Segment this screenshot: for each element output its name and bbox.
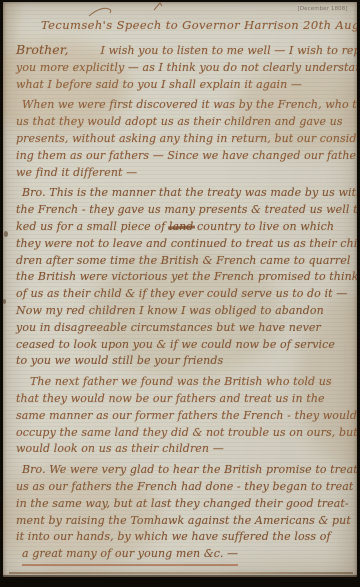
pen-tick-mark bbox=[152, 2, 164, 12]
manuscript-line: would look on us as their children — bbox=[16, 441, 352, 458]
manuscript-line: Brother,I wish you to listen to me well … bbox=[16, 42, 352, 60]
paragraph-opening: Brother,I wish you to listen to me well … bbox=[16, 42, 352, 93]
document-title: Tecumseh's Speech to Governor Harrison 2… bbox=[41, 18, 353, 32]
manuscript-line: us that they would adopt us as their chi… bbox=[16, 114, 352, 131]
line-text: country to live on which bbox=[193, 220, 334, 233]
manuscript-line: When we were first discovered it was by … bbox=[16, 97, 352, 114]
manuscript-line: occupy the same land they did & not trou… bbox=[16, 425, 352, 442]
paragraph-french-fathers: When we were first discovered it was by … bbox=[16, 97, 352, 181]
manuscript-line: dren after some time the British & Frenc… bbox=[16, 253, 352, 270]
manuscript-line: ceased to look upon you & if we could no… bbox=[16, 337, 352, 354]
manuscript-line: ing them as our fathers — Since we have … bbox=[16, 148, 352, 165]
scanned-document: [December 1808] Tecumseh's Speech to Gov… bbox=[0, 0, 360, 587]
manuscript-line: what I before said to you I shall explai… bbox=[16, 77, 352, 94]
manuscript-line: to you we would still be your friends bbox=[16, 353, 352, 370]
struck-word: land bbox=[169, 220, 194, 233]
underlined-text: a great many of our young men &c. — bbox=[22, 546, 238, 566]
paragraph-british-fathers: The next father we found was the British… bbox=[16, 374, 352, 458]
manuscript-line: you more explicitly — as I think you do … bbox=[16, 60, 352, 77]
manuscript-line: same manner as our former fathers the Fr… bbox=[16, 408, 352, 425]
pen-flourish-mark bbox=[87, 4, 113, 18]
salutation: Brother, bbox=[16, 42, 69, 57]
manuscript-line: The next father we found was the British… bbox=[16, 374, 352, 391]
manuscript-line: ment by raising the Tomhawk against the … bbox=[16, 513, 352, 530]
manuscript-line: you in disagreeable circumstances but we… bbox=[16, 320, 352, 337]
manuscript-line: presents, without asking any thing in re… bbox=[16, 131, 352, 148]
manuscript-line: of us as their child & if they ever coul… bbox=[16, 286, 352, 303]
page-bottom-edge bbox=[9, 572, 353, 574]
manuscript-line: we find it different — bbox=[16, 165, 352, 182]
line-text: ked us for a small piece of bbox=[16, 220, 169, 233]
manuscript-line: a great many of our young men &c. — bbox=[16, 546, 352, 566]
manuscript-line: in the same way, but at last they change… bbox=[16, 496, 352, 513]
manuscript-line: the French - they gave us many presents … bbox=[16, 202, 352, 219]
paragraph-british-promise: Bro. We were very glad to hear the Briti… bbox=[16, 462, 352, 566]
manuscript-line: the British were victorious yet the Fren… bbox=[16, 269, 352, 286]
ink-speck bbox=[3, 299, 6, 304]
manuscript-line: ked us for a small piece of land country… bbox=[16, 219, 352, 236]
document-body: Brother,I wish you to listen to me well … bbox=[16, 42, 352, 566]
manuscript-line: us as our fathers the French had done - … bbox=[16, 479, 352, 496]
manuscript-page: [December 1808] Tecumseh's Speech to Gov… bbox=[3, 2, 357, 577]
ink-speck bbox=[4, 231, 8, 237]
line-text: I wish you to listen to me well — I wish… bbox=[101, 44, 357, 57]
manuscript-line: Now my red children I know I was obliged… bbox=[16, 303, 352, 320]
manuscript-line: Bro. We were very glad to hear the Briti… bbox=[16, 462, 352, 479]
manuscript-line: it into our hands, by which we have suff… bbox=[16, 529, 352, 546]
manuscript-line: Bro. This is the manner that the treaty … bbox=[16, 185, 352, 202]
manuscript-line: that they would now be our fathers and t… bbox=[16, 391, 352, 408]
manuscript-line: they were not to leave and continued to … bbox=[16, 236, 352, 253]
paragraph-french-treaty: Bro. This is the manner that the treaty … bbox=[16, 185, 352, 370]
pencil-annotation: [December 1808] bbox=[298, 6, 348, 11]
